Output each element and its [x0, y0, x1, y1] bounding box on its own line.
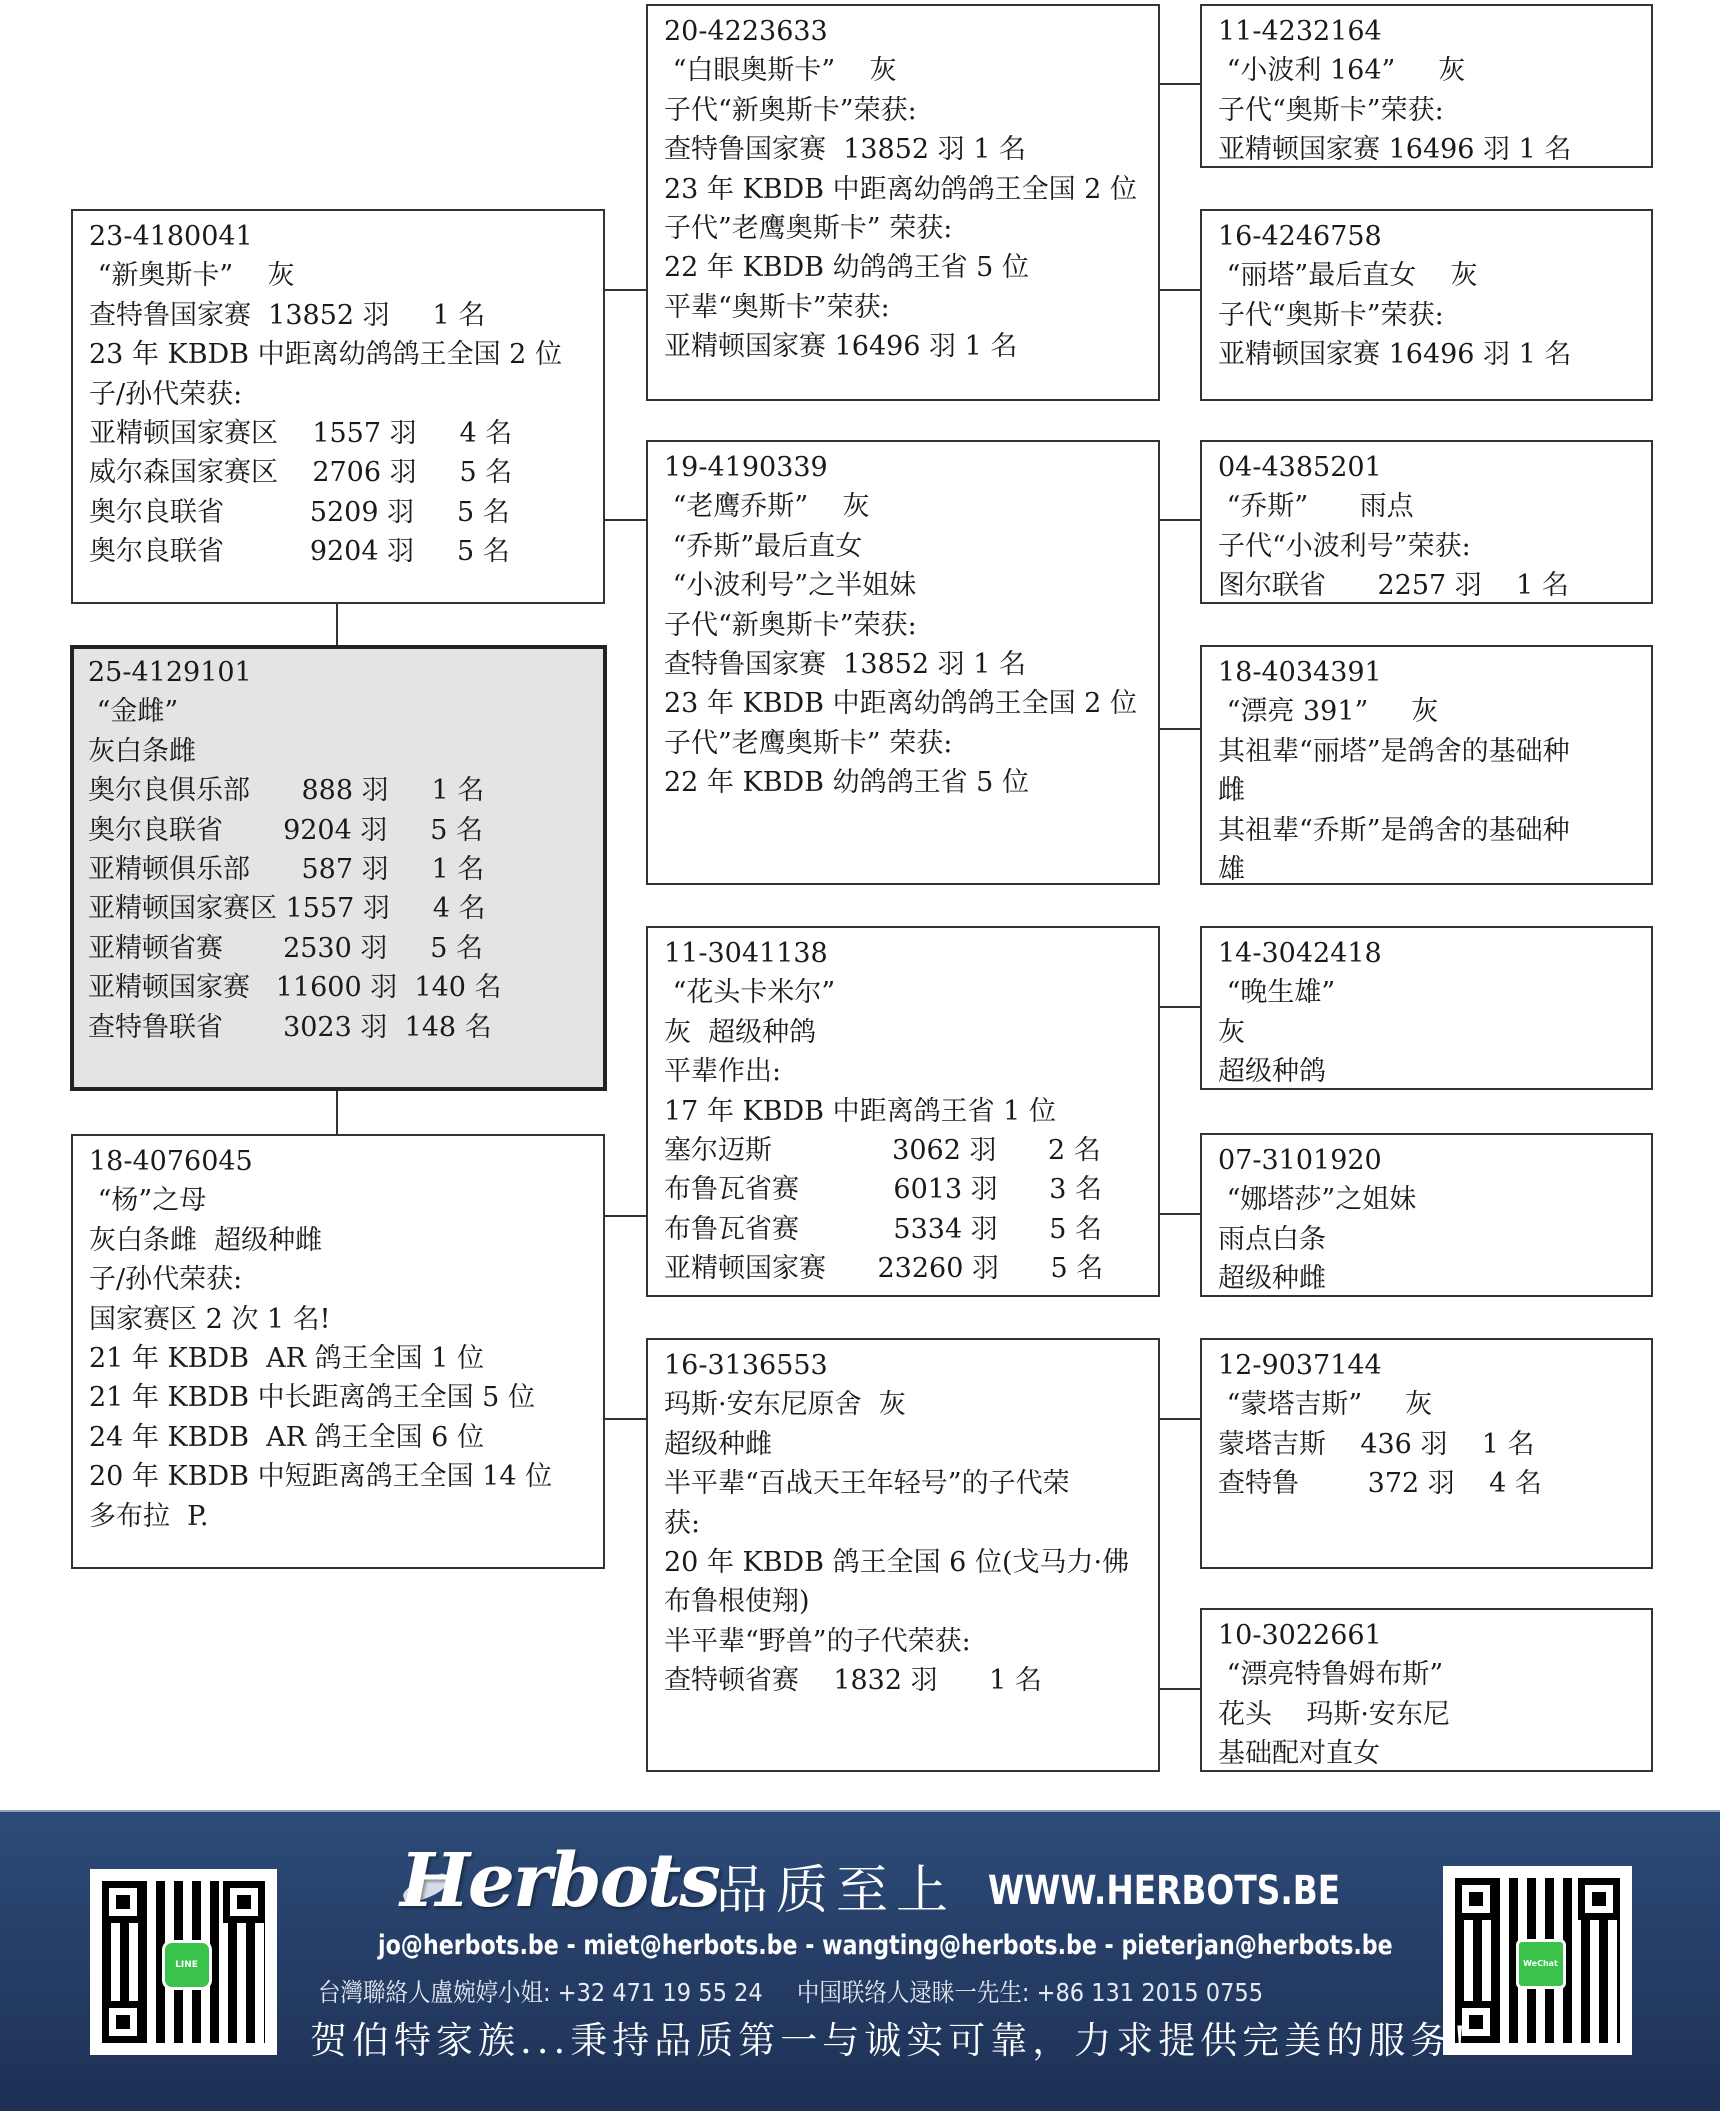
pedigree-box-ss-sire: 11-4232164 “小波利 164” 灰子代“奥斯卡”荣获:亚精顿国家赛 1… — [1200, 4, 1653, 168]
pedigree-line: 亚精顿国家赛区 1557 羽 4 名 — [88, 889, 591, 928]
pedigree-line: 子/孙代荣获: — [89, 1260, 589, 1299]
pedigree-line: 基础配对直女 — [1218, 1734, 1637, 1772]
pedigree-line: 20 年 KBDB 中短距离鸽王全国 14 位 — [89, 1457, 589, 1496]
pedigree-line: 亚精顿国家赛 16496 羽 1 名 — [664, 327, 1144, 366]
pedigree-line: 超级种鸽 — [1218, 1052, 1637, 1090]
pedigree-line: 玛斯·安东尼原舍 灰 — [664, 1385, 1144, 1424]
ring-number: 18-4034391 — [1218, 653, 1637, 692]
pedigree-line: “娜塔莎”之姐妹 — [1218, 1180, 1637, 1219]
pedigree-line: 子代“新奥斯卡”荣获: — [664, 91, 1144, 130]
pedigree-line: 21 年 KBDB 中长距离鸽王全国 5 位 — [89, 1378, 589, 1417]
connector-dd-dam — [1158, 1688, 1201, 1690]
pedigree-line: “乔斯”最后直女 — [664, 527, 1144, 566]
pedigree-box-subject: 25-4129101 “金雌”灰白条雌奥尔良俱乐部 888 羽 1 名奥尔良联省… — [70, 645, 607, 1091]
qr-finder-icon — [102, 1881, 144, 1923]
pedigree-line: 查特鲁国家赛 13852 羽 1 名 — [664, 645, 1144, 684]
pedigree-line: 子代”老鹰奥斯卡” 荣获: — [664, 724, 1144, 763]
pedigree-line: 半平辈“野兽”的子代荣获: — [664, 1622, 1144, 1661]
ring-number: 14-3042418 — [1218, 934, 1637, 973]
pedigree-line: 灰 超级种鸽 — [664, 1013, 1144, 1052]
pedigree-line: 雄 — [1218, 850, 1637, 885]
qr-finder-icon — [1455, 1878, 1497, 1920]
contact-phones: 台灣聯絡人盧婉婷小姐: +32 471 19 55 24中国联络人逯睐一先生: … — [318, 1973, 1297, 2009]
pedigree-line: 半平辈“百战天王年轻号”的子代荣 — [664, 1464, 1144, 1503]
pedigree-line: 其祖辈“丽塔”是鸽舍的基础种 — [1218, 732, 1637, 771]
herbots-logo: Herbots — [400, 1838, 719, 1924]
connector-subject-dam — [336, 1090, 338, 1135]
pedigree-line: 21 年 KBDB AR 鸽王全国 1 位 — [89, 1339, 589, 1378]
connector-dd-sire — [1158, 1418, 1201, 1420]
pedigree-line: 雌 — [1218, 771, 1637, 810]
connector-dam-to-dam-sire — [603, 1215, 647, 1217]
ring-number: 07-3101920 — [1218, 1141, 1637, 1180]
pedigree-box-sire-sire: 20-4223633 “白眼奥斯卡” 灰子代“新奥斯卡”荣获:查特鲁国家赛 13… — [646, 4, 1160, 401]
pedigree-line: 超级种雌 — [664, 1425, 1144, 1464]
pedigree-line: “花头卡米尔” — [664, 973, 1144, 1012]
connector-ss-dam — [1158, 289, 1201, 291]
pedigree-line: 24 年 KBDB AR 鸽王全国 6 位 — [89, 1418, 589, 1457]
pedigree-line: 查特鲁国家赛 13852 羽 1 名 — [664, 130, 1144, 169]
pedigree-line: 威尔森国家赛区 2706 羽 5 名 — [89, 453, 589, 492]
pedigree-line: 平辈作出: — [664, 1052, 1144, 1091]
pedigree-line: 花头 玛斯·安东尼 — [1218, 1695, 1637, 1734]
pedigree-line: “小波利 164” 灰 — [1218, 51, 1637, 90]
pedigree-line: 多布拉 P. — [89, 1497, 589, 1536]
connector-ss-sire — [1158, 83, 1201, 85]
pedigree-line: 子代“奥斯卡”荣获: — [1218, 296, 1637, 335]
pedigree-line: “老鹰乔斯” 灰 — [664, 487, 1144, 526]
pedigree-line: 查特顿省赛 1832 羽 1 名 — [664, 1661, 1144, 1700]
pedigree-line: 查特鲁 372 羽 4 名 — [1218, 1464, 1637, 1503]
pedigree-line: 17 年 KBDB 中距离鸽王省 1 位 — [664, 1092, 1144, 1131]
pedigree-line: 亚精顿省赛 2530 羽 5 名 — [88, 929, 591, 968]
pedigree-line: “蒙塔吉斯” 灰 — [1218, 1385, 1637, 1424]
pedigree-line: “小波利号”之半姐妹 — [664, 566, 1144, 605]
ring-number: 19-4190339 — [664, 448, 1144, 487]
ring-number: 11-3041138 — [664, 934, 1144, 973]
pedigree-line: 超级种雌 — [1218, 1259, 1637, 1297]
pedigree-line: 蒙塔吉斯 436 羽 1 名 — [1218, 1425, 1637, 1464]
pedigree-line: “金雌” — [88, 692, 591, 731]
ring-number: 18-4076045 — [89, 1142, 589, 1181]
pedigree-line: “白眼奥斯卡” 灰 — [664, 51, 1144, 90]
qr-finder-icon — [223, 1881, 265, 1923]
pedigree-line: 塞尔迈斯 3062 羽 2 名 — [664, 1131, 1144, 1170]
pedigree-line: 23 年 KBDB 中距离幼鸽鸽王全国 2 位 — [89, 335, 589, 374]
pedigree-line: 亚精顿国家赛 11600 羽 140 名 — [88, 968, 591, 1007]
pedigree-line: 灰 — [1218, 1013, 1637, 1052]
ring-number: 10-3022661 — [1218, 1616, 1637, 1655]
connector-sire-to-sire-dam — [603, 519, 647, 521]
pedigree-line: 23 年 KBDB 中距离幼鸽鸽王全国 2 位 — [664, 684, 1144, 723]
pedigree-line: 亚精顿国家赛区 1557 羽 4 名 — [89, 414, 589, 453]
pedigree-line: 雨点白条 — [1218, 1220, 1637, 1259]
pedigree-line: 查特鲁国家赛 13852 羽 1 名 — [89, 296, 589, 335]
pedigree-line: 23 年 KBDB 中距离幼鸽鸽王全国 2 位 — [664, 170, 1144, 209]
wechat-icon: WeChat — [1516, 1939, 1566, 1989]
line-app-icon: LINE — [162, 1940, 212, 1990]
pedigree-line: 奥尔良俱乐部 888 羽 1 名 — [88, 771, 591, 810]
pedigree-line: “漂亮 391” 灰 — [1218, 692, 1637, 731]
pedigree-box-sd-sire: 04-4385201 “乔斯” 雨点子代“小波利号”荣获:图尔联省 2257 羽… — [1200, 440, 1653, 604]
pedigree-line: “杨”之母 — [89, 1181, 589, 1220]
pedigree-line: “丽塔”最后直女 灰 — [1218, 256, 1637, 295]
connector-dam-to-dam-dam — [603, 1418, 647, 1420]
pedigree-line: “晚生雄” — [1218, 973, 1637, 1012]
pedigree-line: 国家赛区 2 次 1 名! — [89, 1300, 589, 1339]
pedigree-box-dam: 18-4076045 “杨”之母灰白条雌 超级种雌子/孙代荣获:国家赛区 2 次… — [71, 1134, 605, 1569]
connector-sire-subject — [336, 603, 338, 647]
ring-number: 12-9037144 — [1218, 1346, 1637, 1385]
pedigree-line: “漂亮特鲁姆布斯” — [1218, 1655, 1637, 1694]
pedigree-line: 子代”老鹰奥斯卡” 荣获: — [664, 209, 1144, 248]
pedigree-box-sire: 23-4180041 “新奥斯卡” 灰查特鲁国家赛 13852 羽 1 名23 … — [71, 209, 605, 604]
qr-finder-icon — [1578, 1878, 1620, 1920]
pedigree-line: 查特鲁联省 3023 羽 148 名 — [88, 1008, 591, 1047]
contact-emails[interactable]: jo@herbots.be - miet@herbots.be - wangti… — [378, 1930, 1393, 1961]
pedigree-box-sire-dam: 19-4190339 “老鹰乔斯” 灰 “乔斯”最后直女 “小波利号”之半姐妹子… — [646, 440, 1160, 885]
pedigree-line: 子代“新奥斯卡”荣获: — [664, 606, 1144, 645]
pedigree-line: 子代“奥斯卡”荣获: — [1218, 91, 1637, 130]
pedigree-line: 20 年 KBDB 鸽王全国 6 位(戈马力·佛 — [664, 1543, 1144, 1582]
pedigree-line: 灰白条雌 超级种雌 — [89, 1221, 589, 1260]
qr-finder-icon — [102, 2001, 144, 2043]
website-link[interactable]: WWW.HERBOTS.BE — [988, 1868, 1340, 1914]
pedigree-box-dd-sire: 12-9037144 “蒙塔吉斯” 灰蒙塔吉斯 436 羽 1 名查特鲁 372… — [1200, 1338, 1653, 1569]
connector-sire-to-sire-sire — [603, 289, 647, 291]
pedigree-line: 平辈“奥斯卡”荣获: — [664, 288, 1144, 327]
pedigree-line: 图尔联省 2257 羽 1 名 — [1218, 566, 1637, 604]
pedigree-line: 亚精顿国家赛 23260 羽 5 名 — [664, 1249, 1144, 1288]
ring-number: 20-4223633 — [664, 12, 1144, 51]
pedigree-line: 子代“小波利号”荣获: — [1218, 527, 1637, 566]
ring-number: 04-4385201 — [1218, 448, 1637, 487]
footer-tagline: 品质至上 — [716, 1848, 956, 1923]
pedigree-box-dam-sire: 11-3041138 “花头卡米尔”灰 超级种鸽平辈作出:17 年 KBDB 中… — [646, 926, 1160, 1297]
pedigree-line: “乔斯” 雨点 — [1218, 487, 1637, 526]
connector-ds-dam — [1158, 1213, 1201, 1215]
pedigree-line: 亚精顿国家赛 16496 羽 1 名 — [1218, 335, 1637, 374]
pedigree-line: 布鲁根使翔) — [664, 1582, 1144, 1621]
connector-sd-sire — [1158, 519, 1201, 521]
contact-taiwan: 台灣聯絡人盧婉婷小姐: +32 471 19 55 24 — [318, 1978, 763, 2007]
pedigree-line: 22 年 KBDB 幼鸽鸽王省 5 位 — [664, 763, 1144, 802]
ring-number: 25-4129101 — [88, 653, 591, 692]
pedigree-line: 奥尔良联省 9204 羽 5 名 — [89, 532, 589, 571]
pedigree-box-ss-dam: 16-4246758 “丽塔”最后直女 灰子代“奥斯卡”荣获:亚精顿国家赛 16… — [1200, 209, 1653, 401]
ring-number: 16-3136553 — [664, 1346, 1144, 1385]
connector-ds-sire — [1158, 1006, 1201, 1008]
ring-number: 23-4180041 — [89, 217, 589, 256]
qr-code-line[interactable]: LINE — [90, 1869, 277, 2055]
pedigree-line: 其祖辈“乔斯”是鸽舍的基础种 — [1218, 811, 1637, 850]
pedigree-line: 布鲁瓦省赛 5334 羽 5 名 — [664, 1210, 1144, 1249]
pedigree-line: 奥尔良联省 5209 羽 5 名 — [89, 493, 589, 532]
pedigree-line: 奥尔良联省 9204 羽 5 名 — [88, 811, 591, 850]
contact-china: 中国联络人逯睐一先生: +86 131 2015 0755 — [797, 1978, 1263, 2007]
pedigree-line: 亚精顿国家赛 16496 羽 1 名 — [1218, 130, 1637, 168]
pedigree-line: 布鲁瓦省赛 6013 羽 3 名 — [664, 1170, 1144, 1209]
pedigree-line: 亚精顿俱乐部 587 羽 1 名 — [88, 850, 591, 889]
pedigree-box-sd-dam: 18-4034391 “漂亮 391” 灰其祖辈“丽塔”是鸽舍的基础种雌其祖辈“… — [1200, 645, 1653, 885]
ring-number: 11-4232164 — [1218, 12, 1637, 51]
pedigree-line: 灰白条雌 — [88, 732, 591, 771]
pedigree-line: 子/孙代荣获: — [89, 375, 589, 414]
pedigree-box-dd-dam: 10-3022661 “漂亮特鲁姆布斯”花头 玛斯·安东尼基础配对直女 — [1200, 1608, 1653, 1772]
connector-sd-dam — [1158, 728, 1201, 730]
pedigree-box-dam-dam: 16-3136553玛斯·安东尼原舍 灰超级种雌半平辈“百战天王年轻号”的子代荣… — [646, 1338, 1160, 1772]
pedigree-box-ds-sire: 14-3042418 “晚生雄”灰超级种鸽 — [1200, 926, 1653, 1090]
ring-number: 16-4246758 — [1218, 217, 1637, 256]
pedigree-box-ds-dam: 07-3101920 “娜塔莎”之姐妹雨点白条超级种雌 — [1200, 1133, 1653, 1297]
footer-slogan: 贺伯特家族...秉持品质第一与诚实可靠，力求提供完美的服务! — [310, 2010, 1472, 2064]
pedigree-line: 获: — [664, 1504, 1144, 1543]
pedigree-line: “新奥斯卡” 灰 — [89, 256, 589, 295]
pedigree-line: 22 年 KBDB 幼鸽鸽王省 5 位 — [664, 248, 1144, 287]
